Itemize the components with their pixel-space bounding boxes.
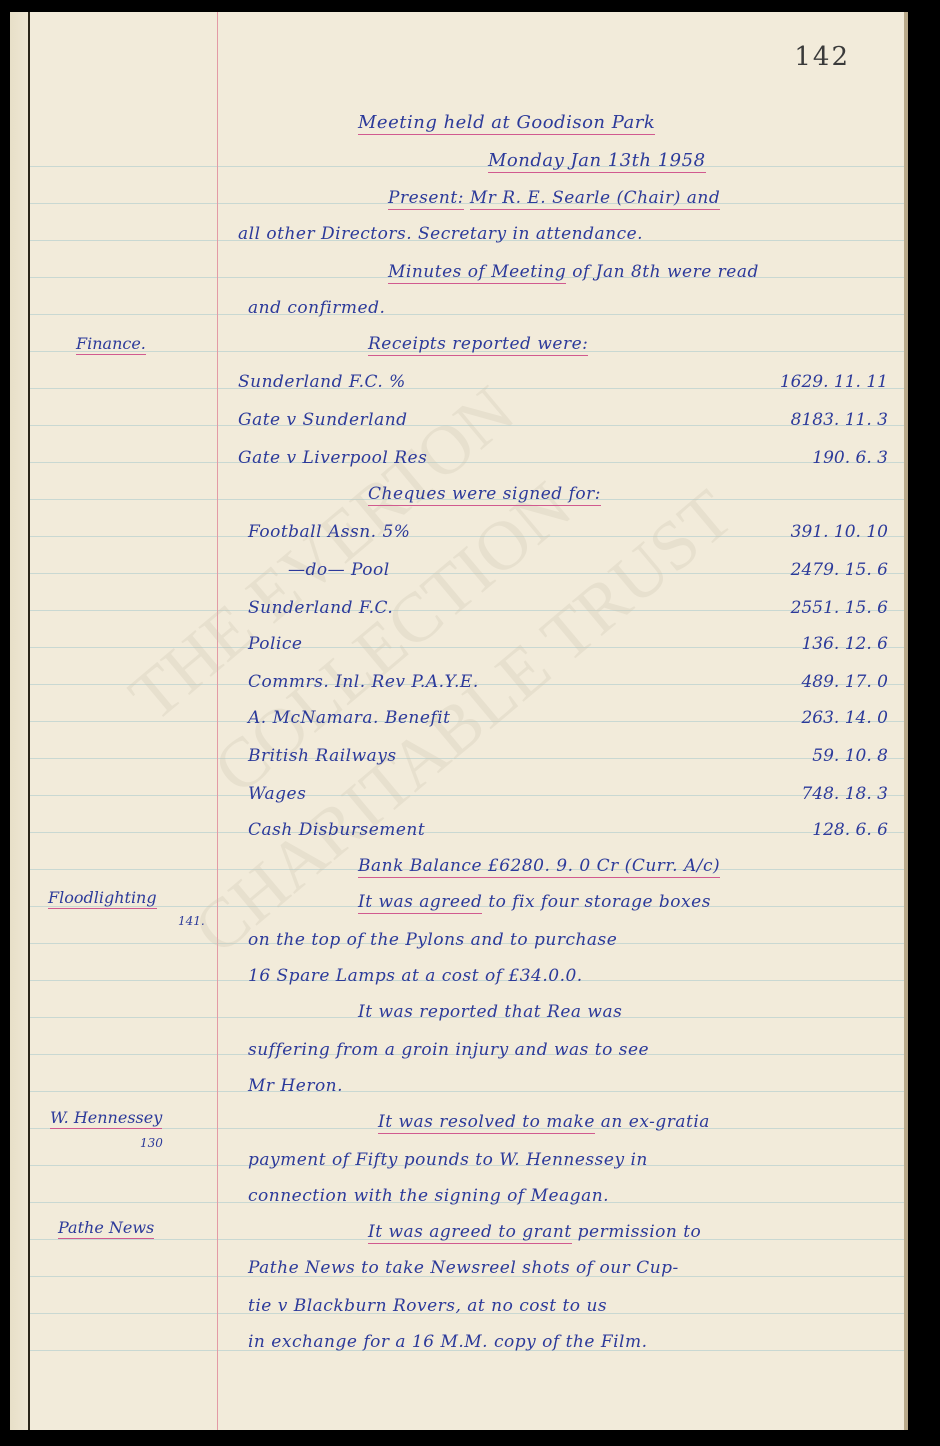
margin-hennessey: W. Hennessey	[50, 1108, 162, 1129]
floodlighting-line: 16 Spare Lamps at a cost of £34.0.0.	[248, 966, 583, 986]
cheque-item: Sunderland F.C.	[248, 598, 393, 618]
present-line: Present: Mr R. E. Searle (Chair) and	[388, 188, 720, 208]
floodlighting-line: It was agreed to fix four storage boxes	[358, 892, 711, 912]
page-edge-right	[904, 12, 908, 1430]
hennessey-ref: 130	[140, 1136, 163, 1150]
hennessey-line: connection with the signing of Meagan.	[248, 1186, 609, 1206]
margin-pathe-news: Pathe News	[58, 1218, 154, 1239]
cheque-amount: 489. 17. 0	[728, 672, 888, 692]
hennessey-lead: It was resolved to make	[378, 1112, 595, 1134]
cheque-amount: 748. 18. 3	[728, 784, 888, 804]
cheque-amount: 128. 6. 6	[728, 820, 888, 840]
attendance-line: all other Directors. Secretary in attend…	[238, 224, 643, 244]
cheque-item: Cash Disbursement	[248, 820, 425, 840]
cheque-item: Commrs. Inl. Rev P.A.Y.E.	[248, 672, 479, 692]
bank-balance: Bank Balance £6280. 9. 0 Cr (Curr. A/c)	[358, 856, 720, 878]
cheque-amount: 2479. 15. 6	[728, 560, 888, 580]
present-text: Mr R. E. Searle (Chair) and	[470, 188, 720, 210]
cheque-item: A. McNamara. Benefit	[248, 708, 450, 728]
cheque-amount: 136. 12. 6	[728, 634, 888, 654]
page-number: 142	[794, 42, 850, 72]
pathe-line: in exchange for a 16 M.M. copy of the Fi…	[248, 1332, 648, 1352]
confirmed-line: and confirmed.	[248, 298, 385, 318]
floodlighting-line: Mr Heron.	[248, 1076, 343, 1096]
cheque-item: —do— Pool	[288, 560, 390, 580]
hennessey-text: an ex-gratia	[601, 1112, 710, 1132]
receipt-amount: 190. 6. 3	[728, 448, 888, 468]
ledger-page: THE EVERTON COLLECTION CHARITABLE TRUST …	[10, 12, 908, 1430]
page-edge-left	[10, 12, 30, 1430]
present-label: Present:	[388, 188, 464, 210]
cheque-item: British Railways	[248, 746, 397, 766]
margin-line	[217, 12, 218, 1430]
meeting-date: Monday Jan 13th 1958	[488, 150, 706, 173]
minutes-text: of Jan 8th were read	[572, 262, 759, 282]
cheque-item: Wages	[248, 784, 306, 804]
cheque-amount: 391. 10. 10	[728, 522, 888, 542]
pathe-line: It was agreed to grant permission to	[368, 1222, 701, 1242]
pathe-text: permission to	[578, 1222, 702, 1242]
cheque-item: Football Assn. 5%	[248, 522, 410, 542]
receipt-item: Gate v Liverpool Res	[238, 448, 427, 468]
receipt-amount: 8183. 11. 3	[728, 410, 888, 430]
hennessey-line: It was resolved to make an ex-gratia	[378, 1112, 710, 1132]
pathe-line: tie v Blackburn Rovers, at no cost to us	[248, 1296, 607, 1316]
floodlighting-line: on the top of the Pylons and to purchase	[248, 930, 617, 950]
margin-floodlighting: Floodlighting	[48, 888, 157, 909]
floodlighting-lead: It was agreed	[358, 892, 482, 914]
pathe-lead: It was agreed to grant	[368, 1222, 572, 1244]
cheque-amount: 263. 14. 0	[728, 708, 888, 728]
floodlighting-ref: 141.	[178, 914, 205, 928]
cheque-amount: 2551. 15. 6	[728, 598, 888, 618]
receipt-item: Sunderland F.C. %	[238, 372, 406, 392]
cheques-heading: Cheques were signed for:	[368, 484, 601, 506]
minutes-line: Minutes of Meeting of Jan 8th were read	[388, 262, 759, 282]
minutes-label: Minutes of Meeting	[388, 262, 566, 284]
floodlighting-line: suffering from a groin injury and was to…	[248, 1040, 649, 1060]
margin-finance: Finance.	[76, 334, 146, 355]
receipt-item: Gate v Sunderland	[238, 410, 408, 430]
cheque-item: Police	[248, 634, 302, 654]
receipts-heading: Receipts reported were:	[368, 334, 588, 356]
meeting-title: Meeting held at Goodison Park	[358, 112, 655, 135]
floodlighting-line: It was reported that Rea was	[358, 1002, 622, 1022]
hennessey-line: payment of Fifty pounds to W. Hennessey …	[248, 1150, 648, 1170]
floodlighting-text: to fix four storage boxes	[488, 892, 711, 912]
receipt-amount: 1629. 11. 11	[728, 372, 888, 392]
pathe-line: Pathe News to take Newsreel shots of our…	[248, 1258, 679, 1278]
cheque-amount: 59. 10. 8	[728, 746, 888, 766]
